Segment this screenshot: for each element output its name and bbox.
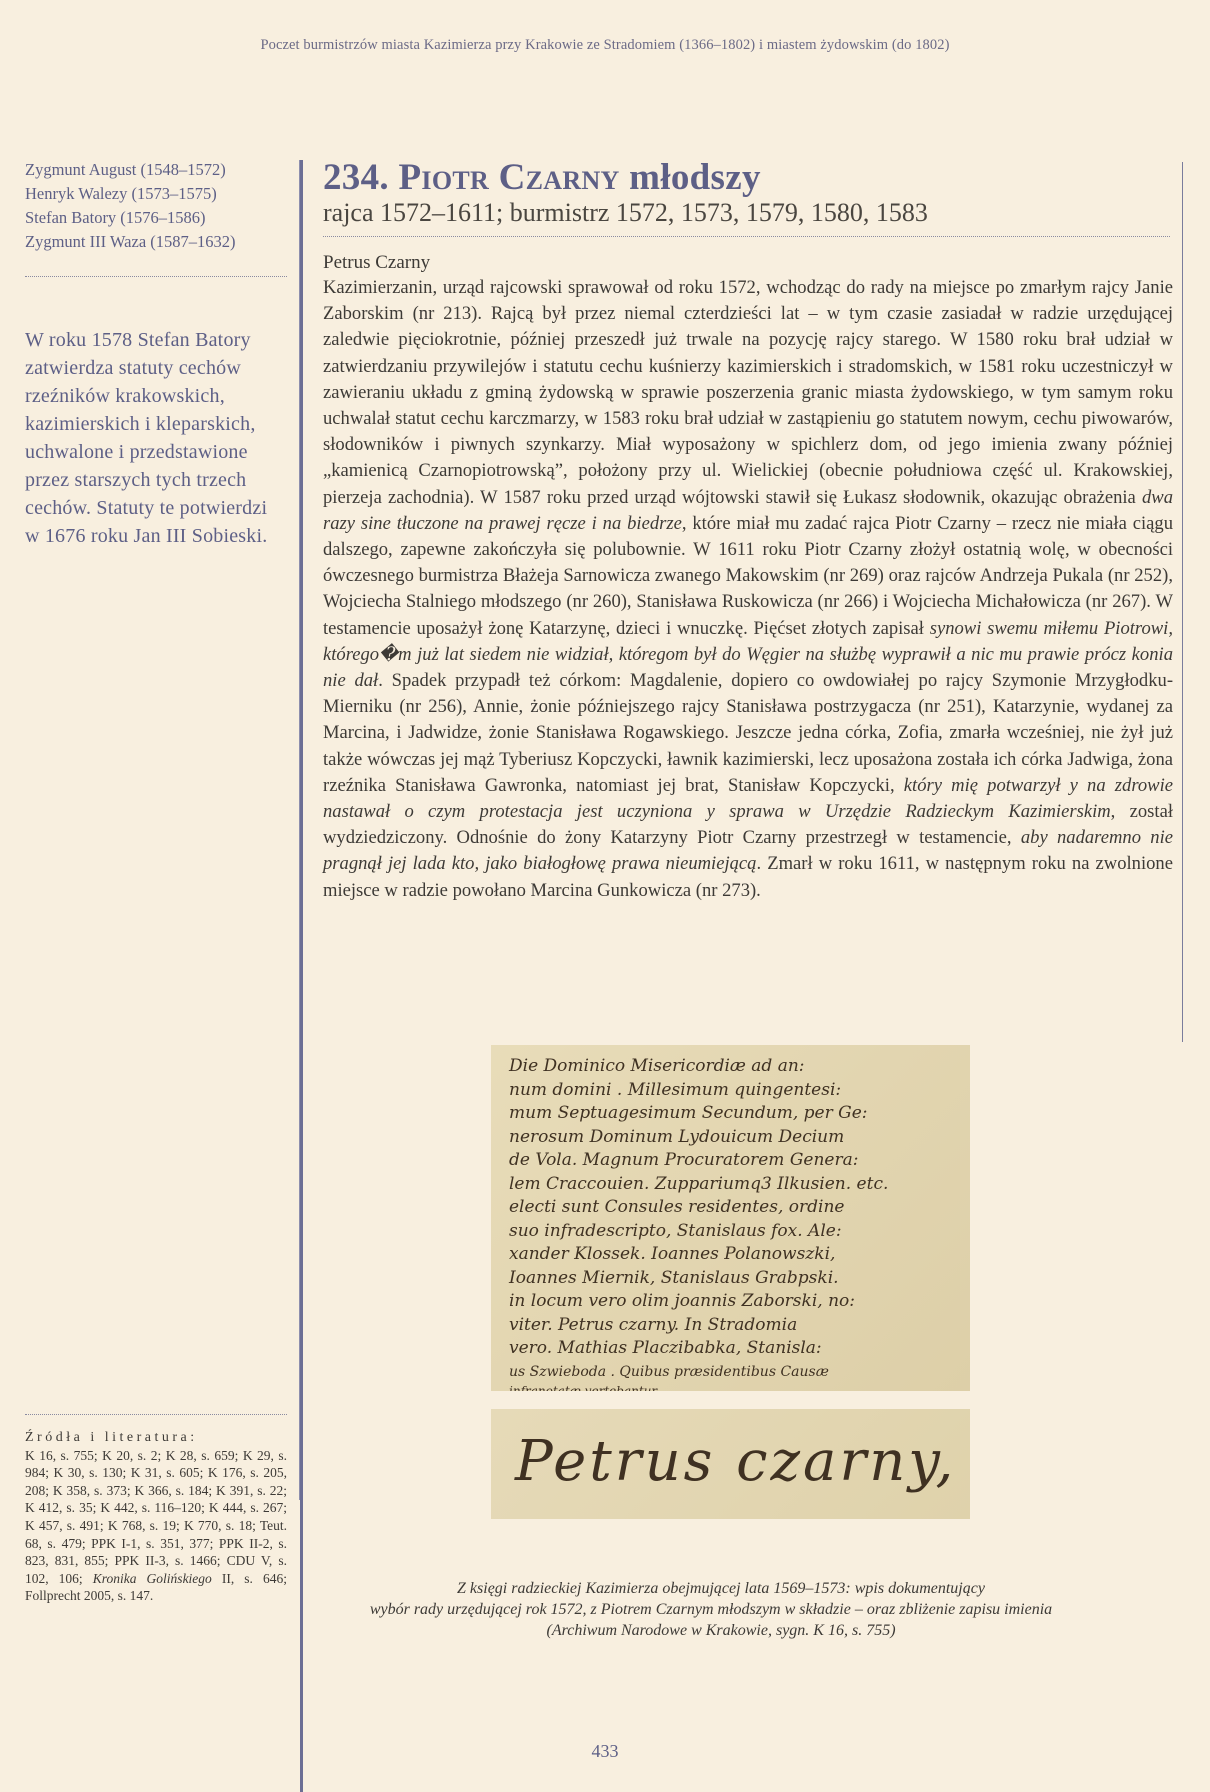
manuscript-line: Die Dominico Misericordiæ ad an: bbox=[509, 1055, 952, 1079]
page-number: 433 bbox=[0, 1741, 1210, 1762]
manuscript-line: in locum vero olim joannis Zaborski, no: bbox=[509, 1290, 952, 1314]
ruler-item: Stefan Batory (1576–1586) bbox=[25, 206, 287, 230]
figure-caption: Z księgi radzieckiej Kazimierza obejmują… bbox=[371, 1578, 1071, 1641]
entry-name: Piotr Czarny bbox=[399, 157, 620, 198]
manuscript-line: vero. Mathias Placzibabka, Stanisla: bbox=[509, 1337, 952, 1361]
manuscript-line: infranotatæ vertebantur, bbox=[509, 1384, 952, 1391]
manuscript-line: viter. Petrus czarny. In Stradomia bbox=[509, 1314, 952, 1338]
sources-section: Źródła i literatura: K 16, s. 755; K 20,… bbox=[25, 1430, 287, 1605]
caption-line: (Archiwum Narodowe w Krakowie, sygn. K 1… bbox=[371, 1620, 1071, 1641]
ruler-item: Zygmunt August (1548–1572) bbox=[25, 158, 287, 182]
sources-text-part: K 16, s. 755; K 20, s. 2; K 28, s. 659; … bbox=[25, 1448, 287, 1586]
entry-number: 234. bbox=[323, 157, 389, 198]
left-margin-column: Zygmunt August (1548–1572) Henryk Walezy… bbox=[25, 158, 287, 277]
running-head: Poczet burmistrzów miasta Kazimierza prz… bbox=[0, 37, 1210, 54]
manuscript-line: num domini . Millesimum quingentesi: bbox=[509, 1079, 952, 1103]
left-rule bbox=[300, 160, 303, 1792]
sidenote: W roku 1578 Stefan Batory zatwierdza sta… bbox=[25, 326, 287, 550]
manuscript-figure: Die Dominico Misericordiæ ad an: num dom… bbox=[491, 1045, 971, 1519]
latin-name: Petrus Czarny bbox=[323, 251, 1173, 275]
caption-line: wybór rady urzędującej rok 1572, z Piotr… bbox=[351, 1599, 1071, 1620]
name-closeup-image: Petrus czarny, bbox=[491, 1409, 970, 1519]
manuscript-line: xander Klossek. Ioannes Polanowszki, bbox=[509, 1243, 952, 1267]
caption-line: Z księgi radzieckiej Kazimierza obejmują… bbox=[371, 1578, 1071, 1599]
closeup-text: Petrus czarny, bbox=[515, 1429, 956, 1494]
manuscript-line: de Vola. Magnum Procuratorem Genera: bbox=[509, 1149, 952, 1173]
sources-divider bbox=[25, 1414, 287, 1415]
manuscript-line: mum Septuagesimum Secundum, per Ge: bbox=[509, 1102, 952, 1126]
manuscript-line: Ioannes Miernik, Stanislaus Grabpski. bbox=[509, 1267, 952, 1291]
manuscript-line: electi sunt Consules residentes, ordine bbox=[509, 1196, 952, 1220]
ruler-item: Zygmunt III Waza (1587–1632) bbox=[25, 230, 287, 254]
manuscript-line: us Szwieboda . Quibus præsidentibus Caus… bbox=[509, 1361, 952, 1385]
entry-body: Kazimierzanin, urząd rajcowski sprawował… bbox=[323, 275, 1173, 904]
sources-italic-title: Kronika Golińskiego bbox=[93, 1571, 212, 1586]
manuscript-image: Die Dominico Misericordiæ ad an: num dom… bbox=[491, 1045, 970, 1391]
manuscript-line: lem Craccouien. Zuppariumq3 Ilkusien. et… bbox=[509, 1173, 952, 1197]
manuscript-line: suo infradescripto, Stanislaus fox. Ale: bbox=[509, 1220, 952, 1244]
sources-text: K 16, s. 755; K 20, s. 2; K 28, s. 659; … bbox=[25, 1447, 287, 1605]
rulers-list: Zygmunt August (1548–1572) Henryk Walezy… bbox=[25, 158, 287, 254]
manuscript-line: nerosum Dominum Lydouicum Decium bbox=[509, 1126, 952, 1150]
body-text-span: Kazimierzanin, urząd rajcowski sprawował… bbox=[323, 277, 1173, 508]
right-rule bbox=[1182, 162, 1183, 1042]
ruler-item: Henryk Walezy (1573–1575) bbox=[25, 182, 287, 206]
entry-title: 234. Piotr Czarny młodszy bbox=[323, 158, 1173, 198]
sources-title: Źródła i literatura: bbox=[25, 1429, 287, 1447]
entry-divider bbox=[323, 236, 1170, 237]
entry-column: 234. Piotr Czarny młodszy rajca 1572–161… bbox=[323, 158, 1173, 904]
entry-suffix: młodszy bbox=[629, 157, 761, 198]
entry-offices: rajca 1572–1611; burmistrz 1572, 1573, 1… bbox=[323, 198, 1173, 228]
left-divider bbox=[25, 276, 287, 277]
